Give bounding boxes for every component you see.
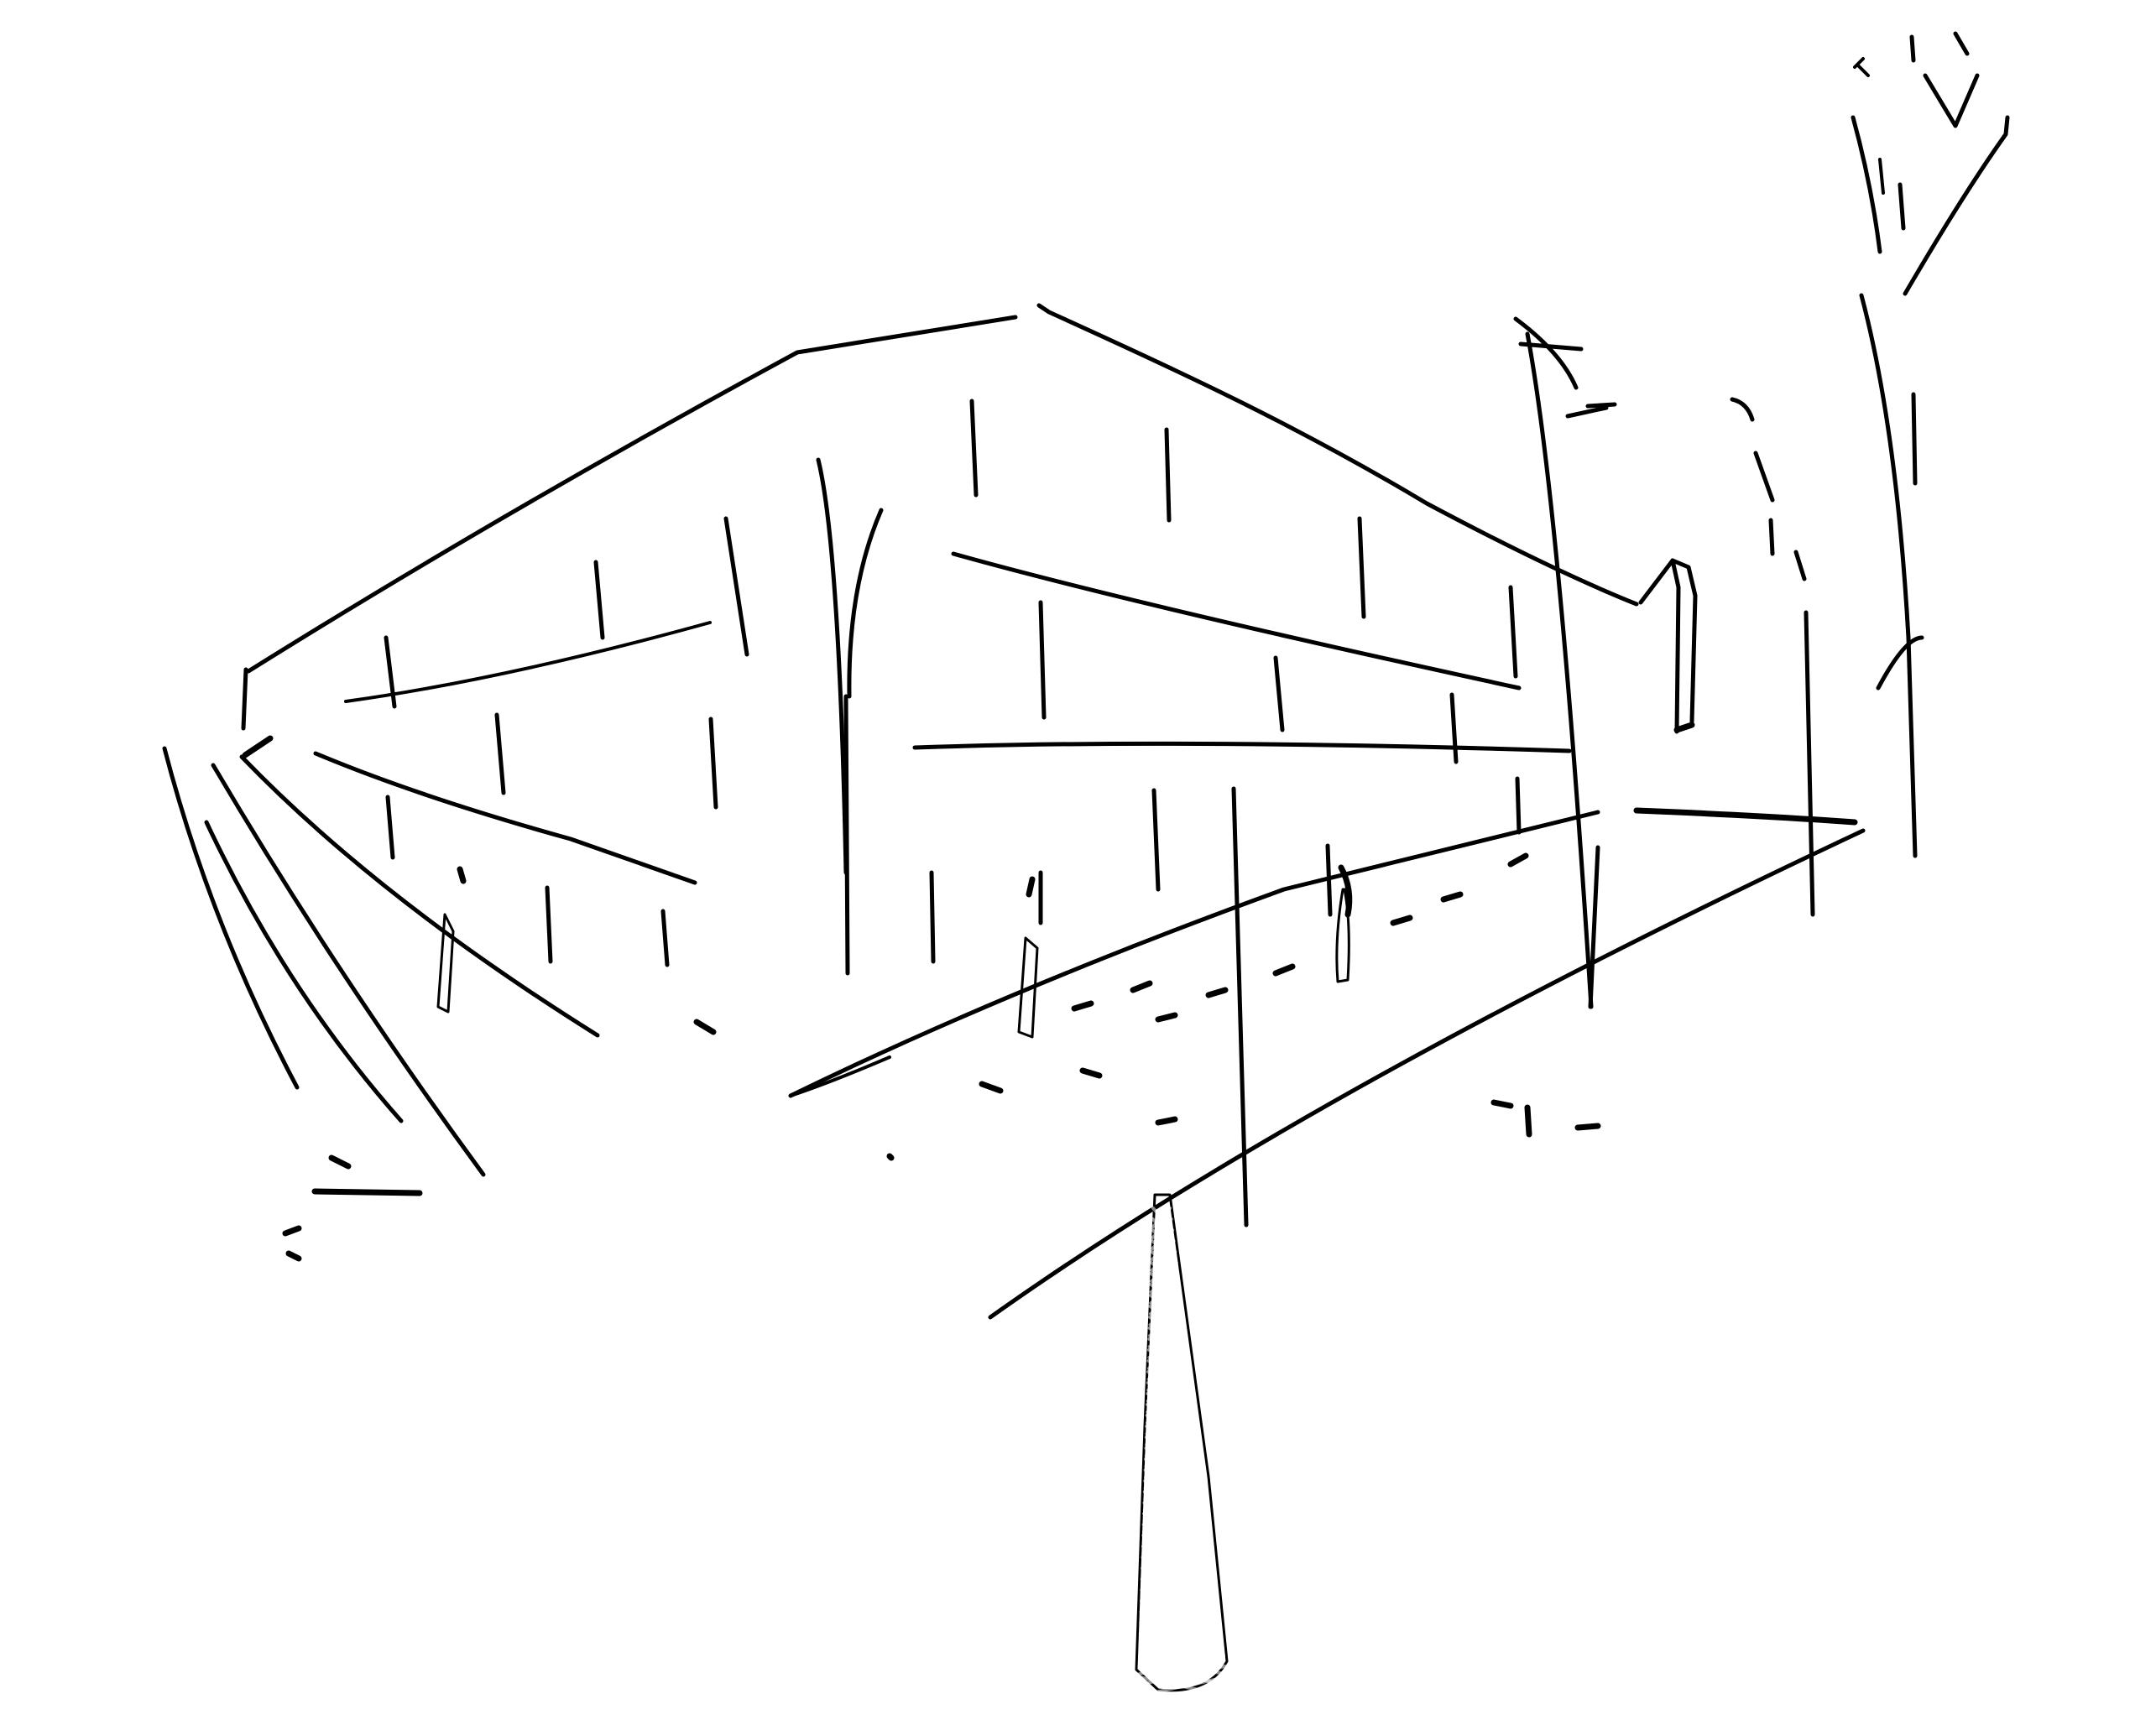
ground-texture-dashes xyxy=(285,856,1598,1259)
building-facade xyxy=(243,305,1695,732)
cross-hatched-tree-trunk xyxy=(1136,1195,1227,1696)
receding-guide-lines xyxy=(164,554,1855,1175)
bare-trees-right xyxy=(1516,34,2007,915)
architectural-sketch xyxy=(0,0,2156,1725)
pathway xyxy=(791,334,1863,1317)
human-figures xyxy=(438,868,1349,1037)
